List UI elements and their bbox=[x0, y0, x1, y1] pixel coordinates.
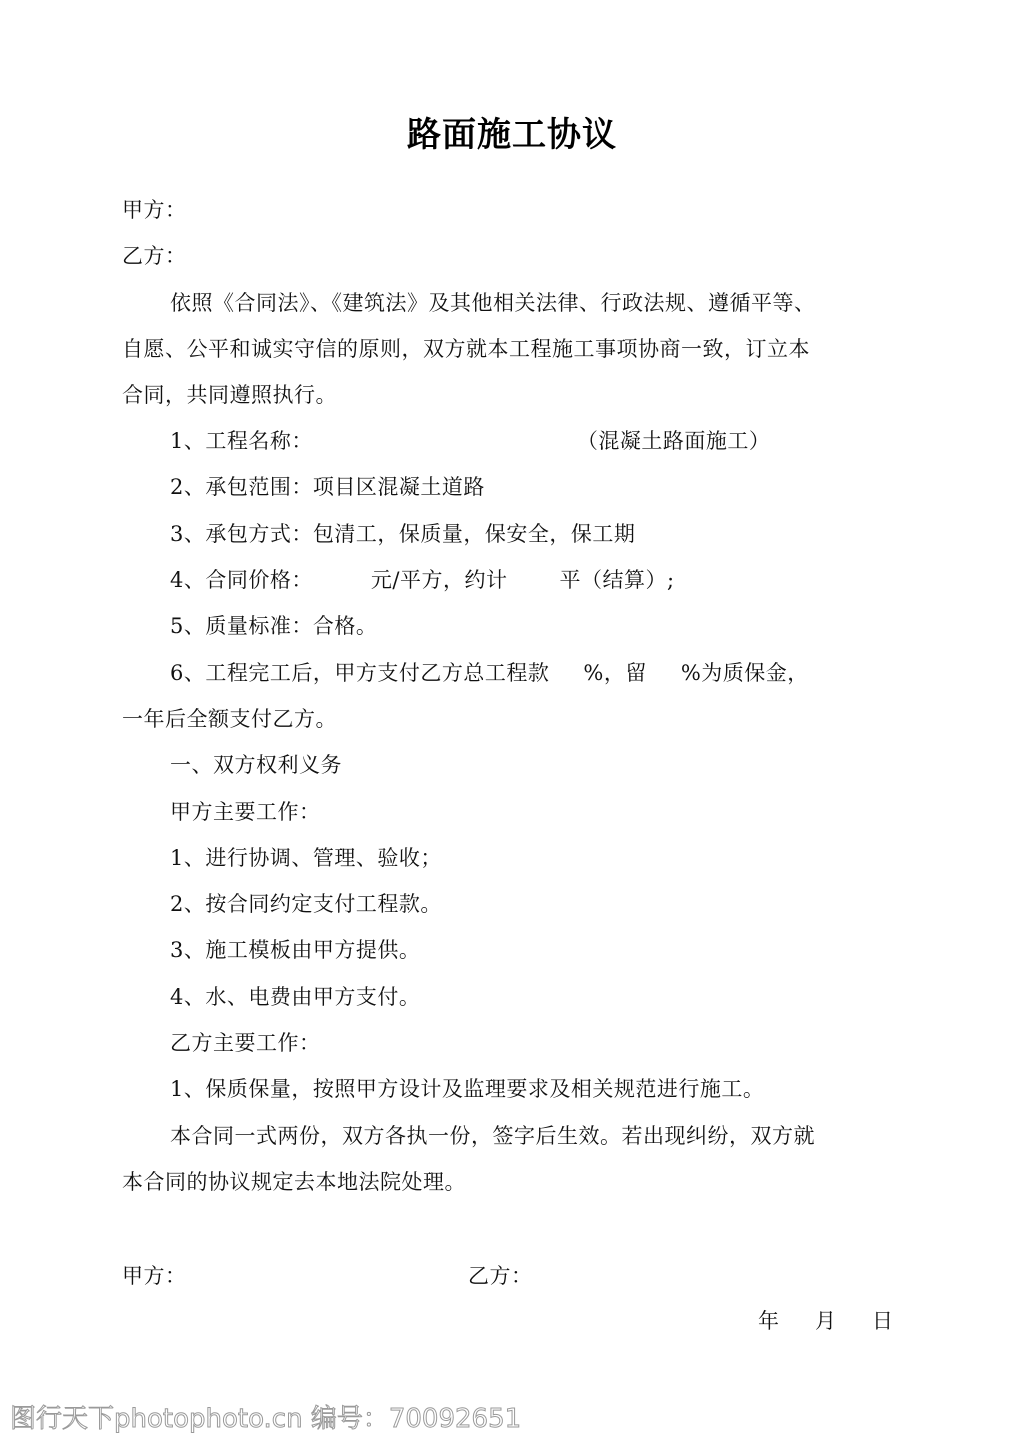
clause-6-part-2: %，留 bbox=[583, 661, 646, 685]
clause-4-label: 4、合同价格： bbox=[170, 568, 313, 592]
preamble-line-1: 依照《合同法》、《建筑法》及其他相关法律、行政法规、遵循平等、 bbox=[170, 288, 960, 318]
clause-6-part-1: 6、工程完工后，甲方支付乙方总工程款 bbox=[170, 661, 549, 685]
clause-6: 6、工程完工后，甲方支付乙方总工程款%，留%为质保金， bbox=[170, 658, 960, 688]
clause-4: 4、合同价格：元/平方，约计平（结算）; bbox=[170, 565, 960, 595]
clause-6-line-2: 一年后全额支付乙方。 bbox=[122, 704, 912, 734]
preamble-line-3: 合同，共同遵照执行。 bbox=[122, 380, 912, 410]
clause-4-unit: 元/平方，约计 bbox=[371, 568, 508, 592]
document-page: 路面施工协议 甲方： 乙方： 依照《合同法》、《建筑法》及其他相关法律、行政法规… bbox=[0, 0, 1024, 1448]
party-b-duty-1: 1、保质保量，按照甲方设计及监理要求及相关规范进行施工。 bbox=[170, 1074, 960, 1104]
party-a-duties-heading: 甲方主要工作： bbox=[170, 797, 960, 827]
closing-line-1: 本合同一式两份，双方各执一份，签字后生效。若出现纠纷，双方就 bbox=[170, 1121, 960, 1151]
party-b-duties-heading: 乙方主要工作： bbox=[170, 1028, 960, 1058]
date-month: 月 bbox=[815, 1306, 836, 1336]
document-title: 路面施工协议 bbox=[0, 110, 1024, 160]
party-a-duty-3: 3、施工模板由甲方提供。 bbox=[170, 935, 960, 965]
section-heading-rights: 一、双方权利义务 bbox=[170, 750, 960, 780]
clause-2: 2、承包范围：项目区混凝土道路 bbox=[170, 472, 960, 502]
closing-line-2: 本合同的协议规定去本地法院处理。 bbox=[122, 1167, 912, 1197]
date-day: 日 bbox=[872, 1306, 893, 1336]
party-a-duty-1: 1、进行协调、管理、验收； bbox=[170, 843, 960, 873]
watermark: 图行天下photophoto.cn 编号：70092651 bbox=[10, 1401, 521, 1437]
clause-6-part-3: %为质保金， bbox=[681, 661, 809, 685]
party-b-label: 乙方： bbox=[122, 241, 912, 271]
signature-party-b: 乙方： bbox=[468, 1261, 1024, 1291]
clause-1-value: （混凝土路面施工） bbox=[577, 429, 771, 453]
clause-3: 3、承包方式：包清工，保质量，保安全，保工期 bbox=[170, 519, 960, 549]
party-a-label: 甲方： bbox=[122, 195, 912, 225]
party-a-duty-4: 4、水、电费由甲方支付。 bbox=[170, 982, 960, 1012]
clause-1-label: 1、工程名称： bbox=[170, 429, 313, 453]
clause-4-tail: 平（结算）; bbox=[559, 568, 674, 592]
preamble-line-2: 自愿、公平和诚实守信的原则，双方就本工程施工事项协商一致，订立本 bbox=[122, 334, 912, 364]
clause-5: 5、质量标准：合格。 bbox=[170, 611, 960, 641]
clause-1: 1、工程名称：（混凝土路面施工） bbox=[170, 426, 960, 456]
signature-date: 年月日 bbox=[758, 1306, 893, 1336]
date-year: 年 bbox=[758, 1306, 779, 1336]
party-a-duty-2: 2、按合同约定支付工程款。 bbox=[170, 889, 960, 919]
